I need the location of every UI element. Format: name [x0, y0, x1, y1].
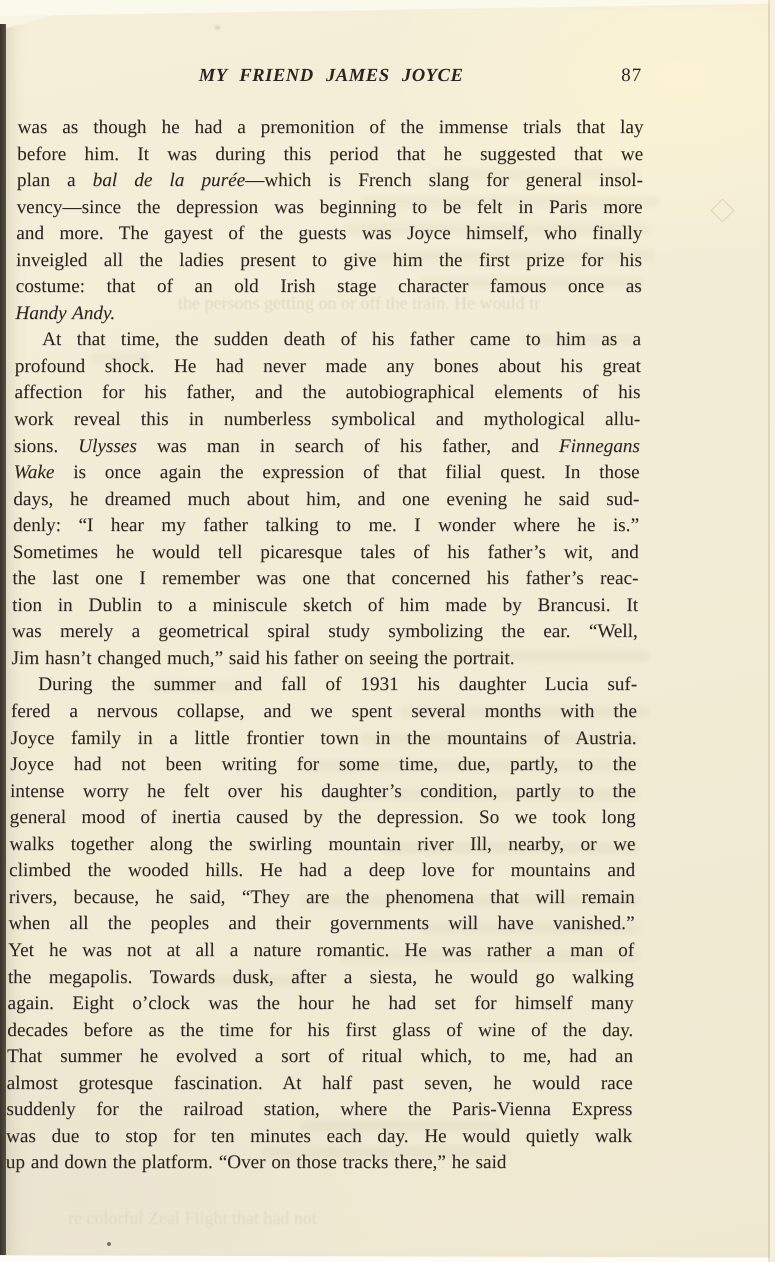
book-page-scan: the persons getting on or off the train.… [0, 0, 775, 1262]
text-line-p3-5: intense worry he felt over his daughter’… [10, 779, 636, 806]
text-line-p3-4: Joyce had not been writing for some time… [10, 752, 636, 779]
text-line-p3-9: rivers, because, he said, “They are the … [9, 885, 635, 912]
body-text: was as though he had a premonition of th… [6, 115, 644, 1177]
text-line-p1-8: Handy Andy. [15, 301, 641, 328]
text-line-p2-9: Sometimes he would tell picaresque tales… [13, 540, 639, 567]
text-line-p3-7: walks together along the swirling mounta… [9, 832, 635, 859]
text-line-p1-4: vency—since the depression was beginning… [16, 195, 642, 222]
text-line-p2-7: days, he dreamed much about him, and one… [13, 487, 639, 514]
page-gutter-edge [0, 24, 6, 1255]
text-line-p3-2: fered a nervous collapse, and we spent s… [11, 699, 637, 726]
text-line-p3-3: Joyce family in a little frontier town i… [10, 726, 636, 753]
page-edge-right [770, 0, 775, 1262]
page-edge-right-line [768, 0, 770, 1262]
text-line-p2-13: Jim hasn’t changed much,” said his fathe… [11, 646, 637, 673]
text-line-p1-5: and more. The gayest of the guests was J… [16, 221, 642, 248]
text-line-p3-15: That summer he evolved a sort of ritual … [7, 1044, 633, 1071]
page-number: 87 [621, 64, 642, 88]
running-header: MY FRIEND JAMES JOYCE 87 [18, 64, 644, 88]
text-line-p2-10: the last one I remember was one that con… [12, 566, 638, 593]
text-line-p3-18: was due to stop for ten minutes each day… [6, 1124, 632, 1151]
text-line-p3-11: Yet he was not at all a nature romantic.… [8, 938, 634, 965]
text-line-p2-12: was merely a geometrical spiral study sy… [12, 619, 638, 646]
text-line-p2-2: profound shock. He had never made any bo… [15, 354, 641, 381]
running-header-title: MY FRIEND JAMES JOYCE [18, 64, 644, 88]
text-line-p3-17: suddenly for the railroad station, where… [6, 1097, 632, 1124]
show-through-mark [710, 198, 734, 222]
text-line-p1-2: before him. It was during this period th… [17, 142, 643, 169]
text-line-p1-3: plan a bal de la purée—which is French s… [17, 168, 643, 195]
text-line-p3-19: up and down the platform. “Over on those… [6, 1150, 632, 1177]
text-line-p3-8: climbed the wooded hills. He had a deep … [9, 858, 635, 885]
text-line-p2-1: At that time, the sudden death of his fa… [15, 327, 641, 354]
text-line-p3-13: again. Eight o’clock was the hour he had… [7, 991, 633, 1018]
text-line-p1-7: costume: that of an old Irish stage char… [16, 274, 642, 301]
text-line-p1-1: was as though he had a premonition of th… [17, 115, 643, 142]
text-line-p3-16: almost grotesque fascination. At half pa… [7, 1071, 633, 1098]
text-line-p2-6: Wake is once again the expression of tha… [13, 460, 639, 487]
text-line-p1-6: inveigled all the ladies present to give… [16, 248, 642, 275]
text-line-p3-14: decades before as the time for his first… [7, 1018, 633, 1045]
text-line-p3-1: During the summer and fall of 1931 his d… [11, 672, 637, 699]
text-line-p2-8: denly: “I hear my father talking to me. … [13, 513, 639, 540]
text-line-p3-10: when all the peoples and their governmen… [8, 911, 634, 938]
text-line-p2-4: work reveal this in numberless symbolica… [14, 407, 640, 434]
text-line-p2-5: sions. Ulysses was man in search of his … [14, 434, 640, 461]
text-line-p2-11: tion in Dublin to a miniscule sketch of … [12, 593, 638, 620]
text-block: MY FRIEND JAMES JOYCE 87 was as though h… [5, 0, 645, 1262]
text-line-p3-12: the megapolis. Towards dusk, after a sie… [8, 965, 634, 992]
text-line-p3-6: general mood of inertia caused by the de… [10, 805, 636, 832]
text-line-p2-3: affection for his father, and the autobi… [14, 380, 640, 407]
